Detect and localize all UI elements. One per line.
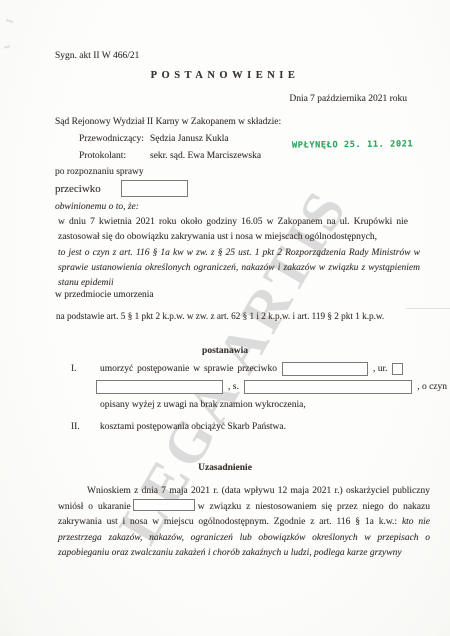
ruling-point-1-text-c: , s. xyxy=(228,382,239,393)
recognition-line: po rozpoznaniu sprawy xyxy=(55,167,144,178)
accused-intro-line: obwinionemu o to, że: xyxy=(55,202,139,213)
presiding-judge-label: Przewodniczący: xyxy=(79,134,144,145)
ruling-point-1-text-a: umorzyć postępowanie w sprawie przeciwko xyxy=(100,364,277,375)
ruling-point-1-line-2: , s. , o czyn xyxy=(96,380,447,394)
justification-paragraph: Wnioskiem z dnia 7 maja 2021 r. (data wp… xyxy=(58,484,430,561)
legal-qualification-paragraph: to jest o czyn z art. 116 § 1a kw w zw. … xyxy=(58,246,420,291)
ruling-point-1-line-3: opisany wyżej z uwagi na brak znamion wy… xyxy=(100,400,306,411)
ruling-heading: postanawia xyxy=(0,346,450,356)
clerk-label: Protokolant: xyxy=(79,151,126,162)
scan-artifact xyxy=(4,45,10,48)
ruling-point-1-text-b: , ur. xyxy=(373,364,388,375)
ruling-point-2-text: kosztami postępowania obciążyć Skarb Pań… xyxy=(100,422,286,433)
redaction-box-name xyxy=(282,362,368,376)
received-date-stamp: WPŁYNĘŁO 25. 11. 2021 xyxy=(292,139,413,150)
legal-basis-line: na podstawie art. 5 § 1 pkt 2 k.p.w. w z… xyxy=(56,311,384,321)
scan-artifact xyxy=(406,308,450,309)
redaction-box-defendant-name xyxy=(121,180,188,197)
redaction-box-accused-name xyxy=(133,499,195,511)
ruling-point-2-number: II. xyxy=(71,422,80,433)
ruling-point-1-text-d: , o czyn xyxy=(417,382,447,393)
court-composition-line: Sąd Rejonowy Wydział II Karny w Zakopane… xyxy=(55,117,281,128)
presiding-judge-name: Sędzia Janusz Kukla xyxy=(150,134,229,145)
charge-paragraph: w dniu 7 kwietnia 2021 roku około godzin… xyxy=(58,215,408,244)
subject-line: w przedmiocie umorzenia xyxy=(55,290,154,301)
case-number: Sygn. akt II W 466/21 xyxy=(55,51,139,62)
redaction-box-birthdate xyxy=(392,363,403,375)
scan-artifact xyxy=(6,19,13,23)
scanned-court-document: LEGA ARTIS Sygn. akt II W 466/21 POSTANO… xyxy=(0,0,450,636)
redaction-box-parent-name xyxy=(244,380,412,394)
against-label: przeciwko xyxy=(55,183,101,195)
document-title: POSTANOWIENIE xyxy=(0,70,450,81)
justification-heading: Uzasadnienie xyxy=(0,463,450,473)
ruling-point-1-line-1: umorzyć postępowanie w sprawie przeciwko… xyxy=(100,362,410,376)
redaction-box-birthplace xyxy=(96,380,223,394)
clerk-name: sekr. sąd. Ewa Marciszewska xyxy=(150,151,261,162)
ruling-point-1-number: I. xyxy=(71,364,77,375)
document-date: Dnia 7 października 2021 roku xyxy=(289,94,407,105)
